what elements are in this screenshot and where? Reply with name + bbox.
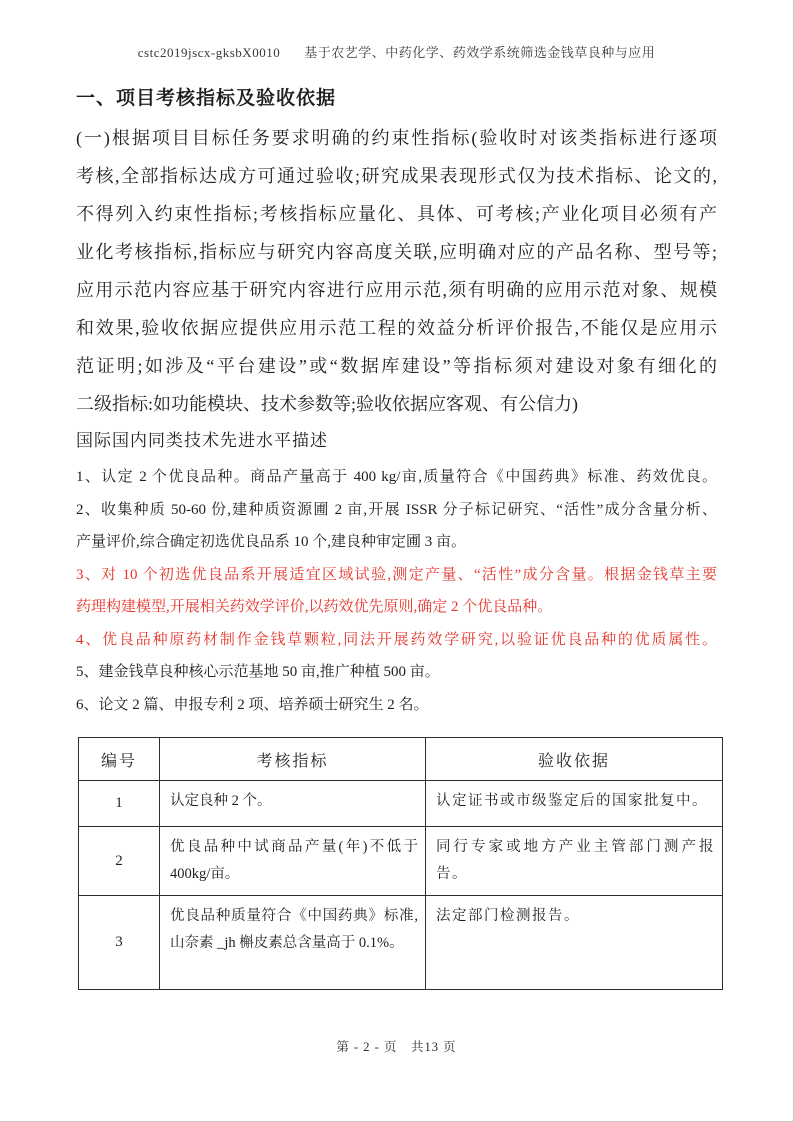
paragraph-line: 范证明;如涉及“平台建设”或“数据库建设”等指标须对建设对象有细化的 [76, 347, 717, 385]
section-heading: 一、项目考核指标及验收依据 [76, 88, 717, 110]
subheading-tech-level: 国际国内同类技术先进水平描述 [76, 423, 717, 459]
constraint-indicators-paragraph: (一)根据项目目标任务要求明确的约束性指标(验收时对该类指标进行逐项考核,全部指… [76, 119, 717, 423]
list-item: 4、优良品种原药材制作金钱草颗粒,同法开展药效学研究,以验证优良品种的优质属性。 [76, 624, 717, 657]
assessment-table: 编号考核指标验收依据 1认定良种 2 个。认定证书或市级鉴定后的国家批复中。2优… [78, 737, 723, 990]
list-item: 1、认定 2 个优良品种。商品产量高于 400 kg/亩,质量符合《中国药典》标… [76, 461, 717, 494]
paragraph-line: 应用示范内容应基于研究内容进行应用示范,须有明确的应用示范对象、规模 [76, 271, 717, 309]
list-item: 5、建金钱草良种核心示范基地 50 亩,推广种植 500 亩。 [76, 656, 717, 689]
cell-number: 2 [79, 827, 160, 896]
document-header: cstc2019jscx-gksbX0010基于农艺学、中药化学、药效学系统筛选… [0, 0, 793, 61]
cell-indicator: 优良品种中试商品产量(年)不低于 400kg/亩。 [160, 827, 426, 896]
column-header-indicator: 考核指标 [160, 738, 426, 781]
table-row: 3优良品种质量符合《中国药典》标准,山奈素 _jh 槲皮素总含量高于 0.1%。… [79, 896, 723, 990]
column-header-basis: 验收依据 [426, 738, 723, 781]
page-footer: 第 - 2 - 页 共13 页 [0, 1037, 793, 1055]
list-item-line: 2、收集种质 50-60 份,建种质资源圃 2 亩,开展 ISSR 分子标记研究… [76, 494, 717, 527]
paragraph-line: 和效果,验收依据应提供应用示范工程的效益分析评价报告,不能仅是应用示 [76, 309, 717, 347]
table-row: 1认定良种 2 个。认定证书或市级鉴定后的国家批复中。 [79, 781, 723, 827]
cell-basis: 法定部门检测报告。 [426, 896, 723, 990]
cell-indicator: 优良品种质量符合《中国药典》标准,山奈素 _jh 槲皮素总含量高于 0.1%。 [160, 896, 426, 990]
list-item-line: 1、认定 2 个优良品种。商品产量高于 400 kg/亩,质量符合《中国药典》标… [76, 461, 717, 494]
cell-number: 3 [79, 896, 160, 990]
cell-number: 1 [79, 781, 160, 827]
list-item: 3、对 10 个初选优良品系开展适宜区域试验,测定产量、“活性”成分含量。根据金… [76, 559, 717, 624]
list-item-line: 药理构建模型,开展相关药效学评价,以药效优先原则,确定 2 个优良品种。 [76, 591, 717, 624]
project-title: 基于农艺学、中药化学、药效学系统筛选金钱草良种与应用 [304, 45, 655, 60]
table-header-row: 编号考核指标验收依据 [79, 738, 723, 781]
indicator-list: 1、认定 2 个优良品种。商品产量高于 400 kg/亩,质量符合《中国药典》标… [76, 461, 717, 721]
document-page: cstc2019jscx-gksbX0010基于农艺学、中药化学、药效学系统筛选… [0, 0, 794, 1122]
list-item-line: 6、论文 2 篇、申报专利 2 项、培养硕士研究生 2 名。 [76, 689, 717, 722]
list-item-line: 产量评价,综合确定初选优良品系 10 个,建良种审定圃 3 亩。 [76, 526, 717, 559]
list-item-line: 5、建金钱草良种核心示范基地 50 亩,推广种植 500 亩。 [76, 656, 717, 689]
table-row: 2优良品种中试商品产量(年)不低于 400kg/亩。同行专家或地方产业主管部门测… [79, 827, 723, 896]
paragraph-line: 考核,全部指标达成方可通过验收;研究成果表现形式仅为技术指标、论文的, [76, 157, 717, 195]
list-item: 6、论文 2 篇、申报专利 2 项、培养硕士研究生 2 名。 [76, 689, 717, 722]
paragraph-line: (一)根据项目目标任务要求明确的约束性指标(验收时对该类指标进行逐项 [76, 119, 717, 157]
paragraph-line: 二级指标:如功能模块、技术参数等;验收依据应客观、有公信力) [76, 385, 717, 423]
cell-basis: 认定证书或市级鉴定后的国家批复中。 [426, 781, 723, 827]
list-item-line: 3、对 10 个初选优良品系开展适宜区域试验,测定产量、“活性”成分含量。根据金… [76, 559, 717, 592]
paragraph-line: 不得列入约束性指标;考核指标应量化、具体、可考核;产业化项目必须有产 [76, 195, 717, 233]
project-code: cstc2019jscx-gksbX0010 [138, 45, 280, 60]
cell-indicator: 认定良种 2 个。 [160, 781, 426, 827]
column-header-no: 编号 [79, 738, 160, 781]
cell-basis: 同行专家或地方产业主管部门测产报告。 [426, 827, 723, 896]
list-item-line: 4、优良品种原药材制作金钱草颗粒,同法开展药效学研究,以验证优良品种的优质属性。 [76, 624, 717, 657]
paragraph-line: 业化考核指标,指标应与研究内容高度关联,应明确对应的产品名称、型号等; [76, 233, 717, 271]
list-item: 2、收集种质 50-60 份,建种质资源圃 2 亩,开展 ISSR 分子标记研究… [76, 494, 717, 559]
